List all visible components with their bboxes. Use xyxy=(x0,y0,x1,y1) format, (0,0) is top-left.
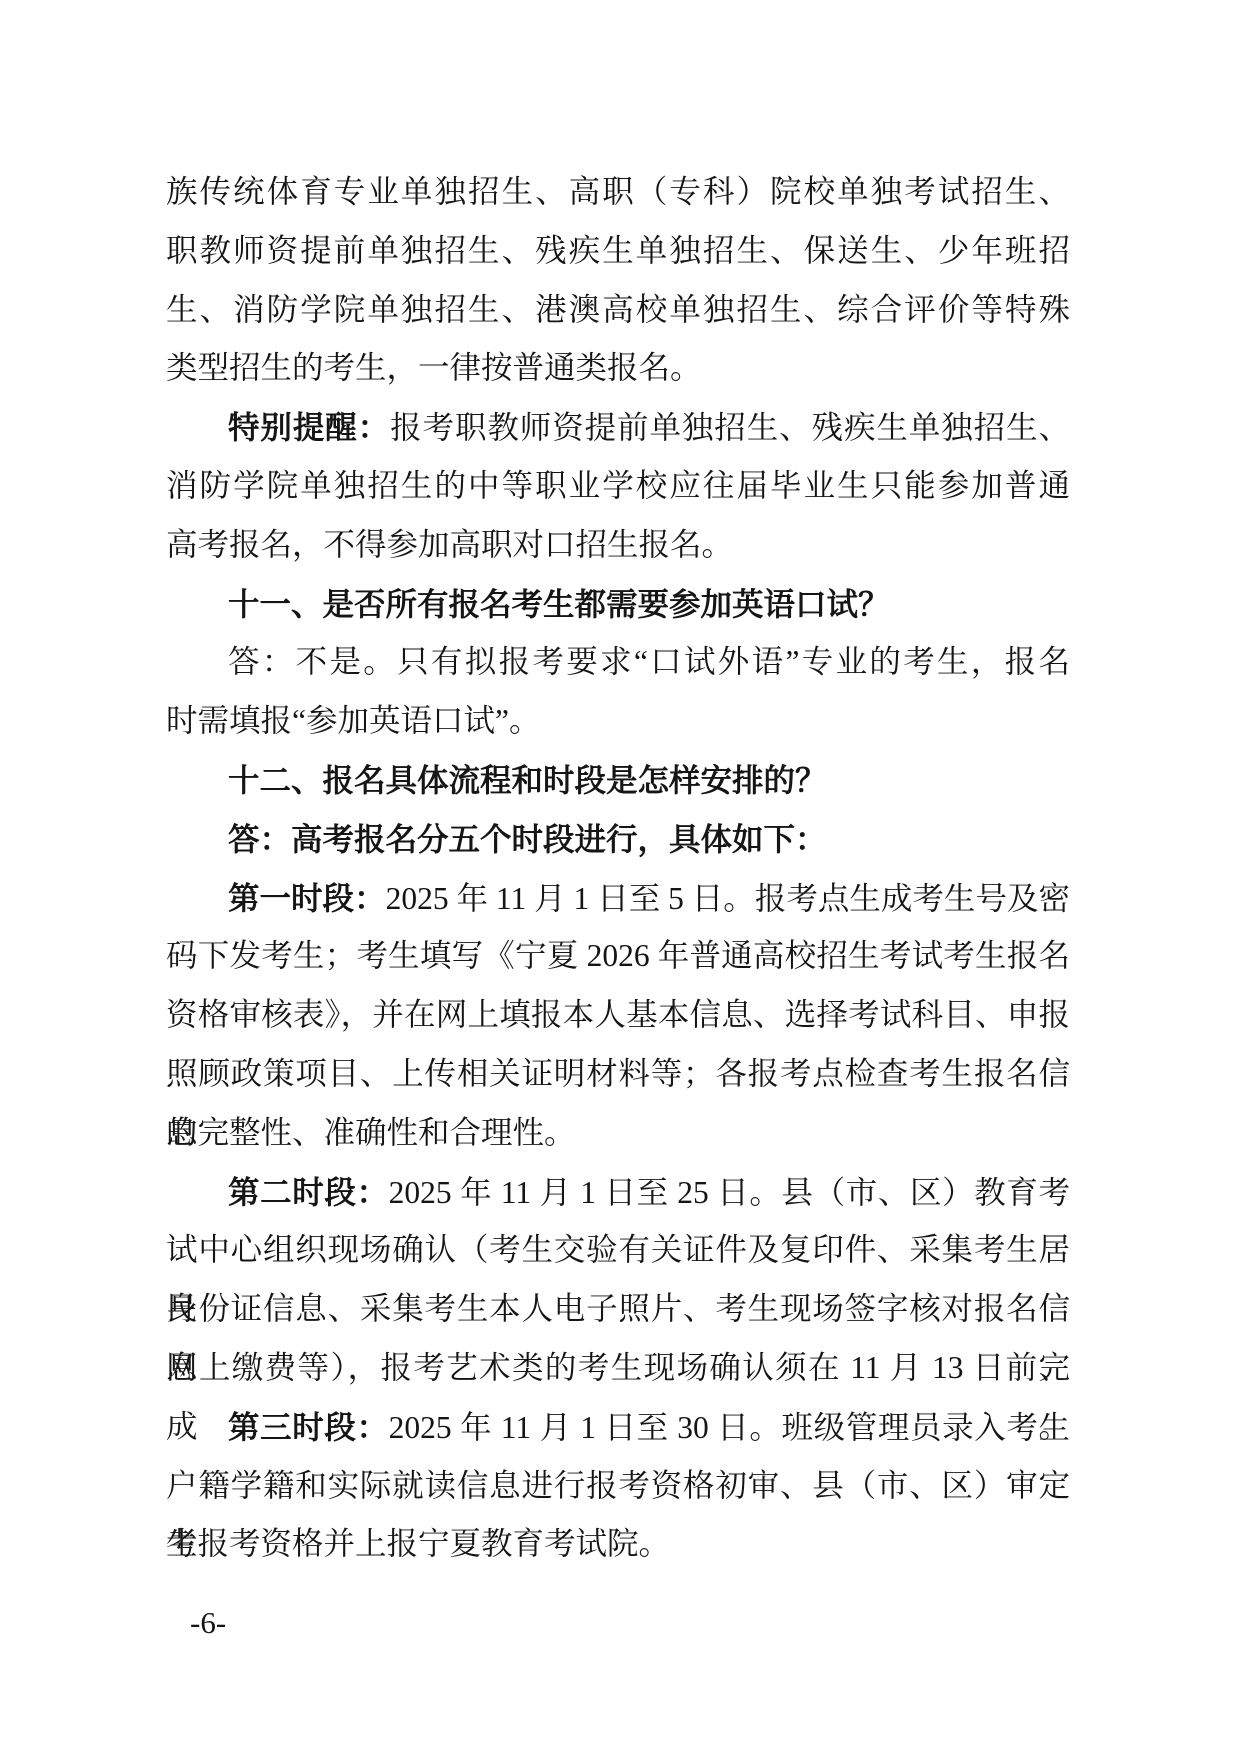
body-text: 答：不是。只有拟报考要求“口试外语”专业的考生，报名 xyxy=(228,644,1070,679)
text-line: 生、消防学院单独招生、港澳高校单独招生、综合评价等特殊 xyxy=(166,281,1070,340)
bold-label: 第二时段： xyxy=(228,1174,389,1210)
text-line: 职教师资提前单独招生、残疾生单独招生、保送生、少年班招 xyxy=(166,222,1070,281)
text-line: 特别提醒：报考职教师资提前单独招生、残疾生单独招生、 xyxy=(166,398,1070,457)
body-text: 资格审核表》，并在网上填报本人基本信息、选择考试科目、申报 xyxy=(166,997,1070,1032)
body-text: 高考报名，不得参加高职对口招生报名。 xyxy=(166,527,733,562)
text-line: 高考报名，不得参加高职对口招生报名。 xyxy=(166,516,1070,575)
text-line: 第一时段：2025 年 11 月 1 日至 5 日。报考点生成考生号及密 xyxy=(166,869,1070,928)
body-text: 的完整性、准确性和合理性。 xyxy=(166,1115,576,1150)
heading-text: 十一、是否所有报名考生都需要参加英语口试？ xyxy=(228,586,890,622)
bold-label: 特别提醒： xyxy=(228,409,390,445)
body-text: 2025 年 11 月 1 日至 25 日。县（市、区）教育考 xyxy=(389,1175,1070,1210)
bold-label: 答：高考报名分五个时段进行，具体如下： xyxy=(228,821,827,857)
text-line: 第二时段：2025 年 11 月 1 日至 25 日。县（市、区）教育考 xyxy=(166,1163,1070,1222)
body-text: 职教师资提前单独招生、残疾生单独招生、保送生、少年班招 xyxy=(166,233,1070,268)
text-line: 十一、是否所有报名考生都需要参加英语口试？ xyxy=(166,575,1070,634)
bold-label: 第三时段： xyxy=(228,1409,389,1445)
document-page: { "page": { "number": "-6-" }, "lines": … xyxy=(0,0,1240,1754)
text-line: 时需填报“参加英语口试”。 xyxy=(166,692,1070,751)
text-line: 身份证信息、采集考生本人电子照片、考生现场签字核对报名信息、 xyxy=(166,1280,1070,1339)
text-line: 答：高考报名分五个时段进行，具体如下： xyxy=(166,810,1070,869)
heading-text: 十二、报名具体流程和时段是怎样安排的？ xyxy=(228,762,827,798)
body-text: 生、消防学院单独招生、港澳高校单独招生、综合评价等特殊 xyxy=(166,292,1070,327)
text-line: 生报考资格并上报宁夏教育考试院。 xyxy=(166,1515,1070,1574)
text-line: 消防学院单独招生的中等职业学校应往届毕业生只能参加普通 xyxy=(166,457,1070,516)
text-line: 试中心组织现场确认（考生交验有关证件及复印件、采集考生居民 xyxy=(166,1221,1070,1280)
text-line: 十二、报名具体流程和时段是怎样安排的？ xyxy=(166,751,1070,810)
text-line: 资格审核表》，并在网上填报本人基本信息、选择考试科目、申报 xyxy=(166,986,1070,1045)
body-text: 码下发考生；考生填写《宁夏 2026 年普通高校招生考试考生报名 xyxy=(166,938,1070,973)
text-line: 网上缴费等），报考艺术类的考生现场确认须在 11 月 13 日前完成。 xyxy=(166,1339,1070,1398)
text-line: 第三时段：2025 年 11 月 1 日至 30 日。班级管理员录入考生 xyxy=(166,1398,1070,1457)
document-body: 族传统体育专业单独招生、高职（专科）院校单独考试招生、职教师资提前单独招生、残疾… xyxy=(166,163,1070,1574)
body-text: 生报考资格并上报宁夏教育考试院。 xyxy=(166,1526,670,1561)
body-text: 时需填报“参加英语口试”。 xyxy=(166,703,540,738)
text-line: 照顾政策项目、上传相关证明材料等；各报考点检查考生报名信息 xyxy=(166,1045,1070,1104)
body-text: 报考职教师资提前单独招生、残疾生单独招生、 xyxy=(390,410,1070,445)
page-number: -6- xyxy=(190,1602,226,1644)
body-text: 2025 年 11 月 1 日至 5 日。报考点生成考生号及密 xyxy=(386,881,1070,916)
bold-label: 第一时段： xyxy=(228,880,386,916)
body-text: 族传统体育专业单独招生、高职（专科）院校单独考试招生、 xyxy=(166,174,1070,209)
text-line: 族传统体育专业单独招生、高职（专科）院校单独考试招生、 xyxy=(166,163,1070,222)
body-text: 消防学院单独招生的中等职业学校应往届毕业生只能参加普通 xyxy=(166,468,1070,503)
text-line: 的完整性、准确性和合理性。 xyxy=(166,1104,1070,1163)
body-text: 类型招生的考生，一律按普通类报名。 xyxy=(166,350,702,385)
body-text: 2025 年 11 月 1 日至 30 日。班级管理员录入考生 xyxy=(389,1410,1070,1445)
text-line: 答：不是。只有拟报考要求“口试外语”专业的考生，报名 xyxy=(166,633,1070,692)
text-line: 码下发考生；考生填写《宁夏 2026 年普通高校招生考试考生报名 xyxy=(166,927,1070,986)
text-line: 类型招生的考生，一律按普通类报名。 xyxy=(166,339,1070,398)
text-line: 户籍学籍和实际就读信息进行报考资格初审、县（市、区）审定考 xyxy=(166,1457,1070,1516)
